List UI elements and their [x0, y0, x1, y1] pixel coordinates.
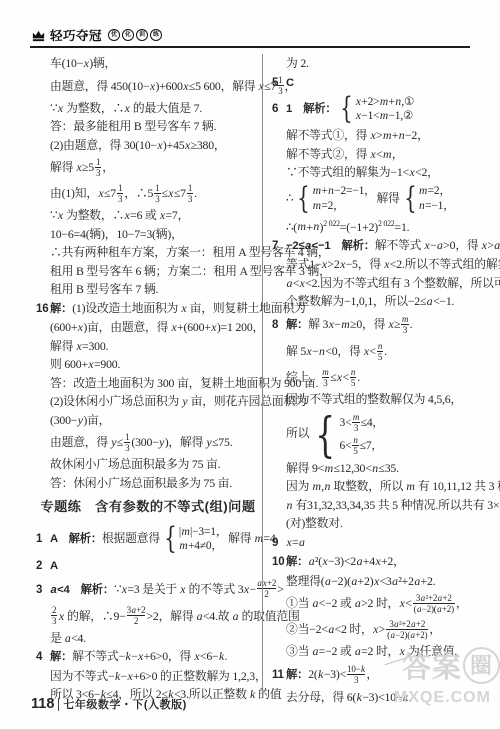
text-line: 解得 x=300.: [36, 337, 260, 356]
fraction: 3a²+2a+2(a−2)(a+2): [386, 619, 428, 640]
text-line: (600+x)亩，由题意，得 x+(600+x)=1 200，: [36, 318, 260, 337]
left-column: 车(10−x)辆，由题意，得 450(10−x)+600x≤5 600，解得 x…: [36, 54, 260, 704]
fraction: 13: [117, 183, 123, 204]
problem-number: 7: [272, 237, 286, 256]
header-rule: [30, 46, 470, 48]
problem-number: 6: [272, 93, 286, 126]
watermark-circled-char: 圈: [463, 647, 500, 684]
text-line: ∴(m+n)2 022=(−1+2)2 022=1.: [272, 215, 484, 236]
footer-divider: [58, 698, 59, 711]
left-brace: {: [341, 94, 353, 124]
brand-badge: 优: [108, 29, 120, 41]
text-line: 因为 m,n 取整数，所以 m 有 10,11,12 共 3 种情况，: [272, 477, 484, 496]
brace-cases: {3<m3≤4，6<n5≤7，: [310, 411, 383, 459]
text-line: 由(1)知，x≤713，∴513≤x≤713.: [36, 180, 260, 206]
text-line: 由题意，得 y≤13(300−y)，解得 y≤75.: [36, 429, 260, 455]
fraction: 10−k3: [347, 664, 365, 685]
text-line: 故休闲小广场总面积最多为 75 亩.: [36, 455, 260, 474]
workbook-page: { "header": { "brand": "轻巧夺冠", "badges":…: [0, 0, 500, 729]
section-heading: 专题练 含有参数的不等式(组)问题: [36, 492, 260, 522]
text-line: 2A: [36, 556, 260, 576]
text-line: 16解：(1)设改造土地面积为 x 亩，则复耕土地面积为: [36, 299, 260, 319]
text-line: 答：改造土地面积为 300 亩，复耕土地面积为 900 亩.: [36, 374, 260, 393]
column-divider: [262, 54, 263, 698]
text-line: a<x<2.因为不等式组有 3 个整数解，所以可知这三: [272, 274, 484, 293]
text-line: 4解：解不等式−k−x+6>0，得 x<6−k.: [36, 647, 260, 667]
brand-title: 轻巧夺冠: [50, 26, 102, 44]
brand-badge: 练: [150, 29, 162, 41]
fraction: m3: [401, 314, 408, 335]
text-line: 车(10−x)辆，: [36, 54, 260, 73]
right-column: 为 2.5C61 解析：{x+2>m+n,①x−1<m−1,②解不等式①，得 x…: [272, 54, 484, 706]
text-line: 解得 9<m≤12,30<n≤35.: [272, 459, 484, 478]
text-line: ∵x 为整数，∴x 的最大值是 7.: [36, 99, 260, 118]
fraction: m3: [352, 412, 359, 433]
fraction: 13: [187, 183, 193, 204]
text-line: ∵x 为整数，∴x=6 或 x=7，: [36, 206, 260, 225]
problem-number: 4: [36, 648, 50, 667]
text-line: 由题意，得 450(10−x)+600x≤5 600，解得 x≤713，: [36, 73, 260, 99]
left-brace: {: [316, 411, 336, 459]
text-line: ∵不等式组的解集为−1<x<2，: [272, 163, 484, 182]
text-line: 等式1−x>2x−5，得 x<2.所以不等式组的解集是: [272, 255, 484, 274]
text-line: 5C: [272, 73, 484, 93]
text-line: (300−y)亩，: [36, 411, 260, 430]
watermark-site: MXQE.COM: [385, 689, 500, 707]
text-line: 则 600+x=900.: [36, 355, 260, 374]
brace-cases: {m=2，n=−1，: [401, 184, 455, 214]
problem-number: 9: [272, 534, 286, 553]
text-line: 解得 x≥513，: [36, 154, 260, 180]
problem-number: 5: [272, 74, 286, 93]
footer-book-title: 七年级数学・下(人教版): [63, 696, 186, 712]
text-line: 10−6=4(辆)，10−7=3(辆)，: [36, 225, 260, 244]
fraction: 3a+22: [127, 605, 146, 626]
text-line: 租用 B 型号客车 6 辆；方案二：租用 A 型号客车 3 辆，: [36, 262, 260, 281]
text-line: 1A 解析：根据题意得{|m|−3=1，m+4≠0，解得 m=4.: [36, 522, 260, 556]
watermark-text: 答案: [402, 645, 462, 686]
problem-number: 10: [272, 553, 286, 572]
text-line: n 有31,32,33,34,35 共 5 种情况.所以共有 3×5=15: [272, 496, 484, 515]
fraction: m3: [322, 367, 329, 388]
fraction: 13: [124, 432, 130, 453]
fraction: n5: [350, 367, 356, 388]
crown-logo-icon: [31, 28, 46, 43]
text-line: 3a<4 解析：∵x=3 是关于 x 的不等式 3x−ax+22>: [36, 576, 260, 603]
text-line: 所以{3<m3≤4，6<n5≤7，: [272, 408, 484, 458]
text-line: ①当 a<−2 或 a>2 时，x<3a²+2a+2(a−2)(a+2)，: [272, 590, 484, 616]
text-line: ②当−2<a<2 时，x>3a²+2a+2(a−2)(a+2)，: [272, 616, 484, 642]
text-line: ∴共有两种租车方案，方案一：租用 A 型号客车 4 辆，: [36, 243, 260, 262]
text-line: 23x 的解，∴9−3a+22>2，解得 a<4.故 a 的取值范围: [36, 603, 260, 629]
brace-cases: {|m|−3=1，m+4≠0，: [161, 524, 227, 554]
page-header: 轻巧夺冠 优化训练: [31, 26, 162, 44]
watermark: 答案 圈 MXQE.COM: [385, 645, 500, 707]
text-line: 为 2.: [272, 54, 484, 73]
text-line: 8解：解 3x−m≥0，得 x≥m3.: [272, 311, 484, 338]
page-number: 118: [31, 696, 54, 712]
problem-number: 3: [36, 577, 50, 603]
text-line: 10解：a²(x−3)<2a+4x+2，: [272, 552, 484, 572]
fraction: 23: [51, 605, 57, 626]
brace-cases: {x+2>m+n,①x−1<m−1,②: [337, 94, 414, 124]
problem-number: 1: [36, 523, 50, 556]
text-line: 综上，m3≤x<n5.: [272, 364, 484, 390]
left-brace: {: [164, 524, 176, 554]
text-line: 是 a<4.: [36, 629, 260, 648]
fraction: 13: [95, 157, 101, 178]
text-line: 租用 B 型号客车 7 辆.: [36, 280, 260, 299]
text-line: 解不等式①，得 x>m+n−2，: [272, 126, 484, 145]
text-line: 解不等式②，得 x<m，: [272, 145, 484, 164]
text-line: 61 解析：{x+2>m+n,①x−1<m−1,②: [272, 92, 484, 126]
problem-number: 8: [272, 312, 286, 338]
brand-badges: 优化训练: [108, 29, 162, 41]
brace-cases: {m+n−2=−1，m=2，: [294, 184, 375, 214]
text-line: ∴{m+n−2=−1，m=2，解得{m=2，n=−1，: [272, 182, 484, 215]
text-line: 因为不等式−k−x+6>0 的正整数解为 1,2,3，: [36, 667, 260, 686]
text-line: 7−2≤a<−1 解析：解不等式 x−a>0，得 x>a，解不: [272, 236, 484, 256]
problem-number: 16: [36, 300, 50, 319]
problem-number: 11: [272, 662, 286, 688]
fraction: 3a²+2a+2(a−2)(a+2): [413, 593, 455, 614]
page-footer: 118 七年级数学・下(人教版): [31, 696, 187, 712]
text-line: 个整数解为−1,0,1，所以−2≤a<−1.: [272, 292, 484, 311]
text-line: 答：休闲小广场总面积最多为 75 亩.: [36, 474, 260, 493]
text-line: 整理得(a−2)(a+2)x<3a²+2a+2.: [272, 572, 484, 591]
fraction: n5: [377, 341, 383, 362]
text-line: 9x=a: [272, 533, 484, 553]
left-brace: {: [404, 184, 416, 214]
text-line: 答：最多能租用 B 型号客车 7 辆.: [36, 117, 260, 136]
text-line: 解 5x−n<0，得 x<n5.: [272, 338, 484, 364]
problem-number: 2: [36, 557, 50, 576]
text-line: (对)整数对.: [272, 514, 484, 533]
left-brace: {: [298, 184, 310, 214]
text-line: 因为不等式组的整数解仅为 4,5,6，: [272, 390, 484, 409]
fraction: 13: [154, 183, 160, 204]
fraction: n5: [352, 435, 358, 456]
brand-badge: 化: [122, 29, 134, 41]
text-line: (2)设休闲小广场总面积为 y 亩，则花卉园总面积为: [36, 392, 260, 411]
text-line: (2)由题意，得 30(10−x)+45x≥380，: [36, 136, 260, 155]
brand-badge: 训: [136, 29, 148, 41]
